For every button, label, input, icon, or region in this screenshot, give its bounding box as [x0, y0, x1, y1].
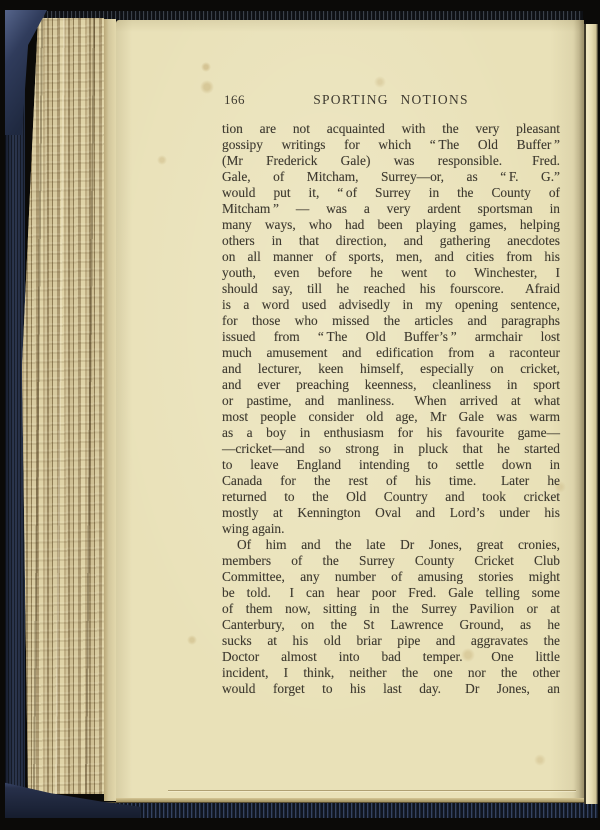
- page-number: 166: [224, 92, 245, 108]
- facing-page-sliver: [584, 24, 598, 804]
- text-line: Committee, any number of amusing stories…: [222, 569, 560, 585]
- book-scan: 166 SPORTING NOTIONS tion are not acquai…: [0, 0, 600, 830]
- deckle-page-edges: [22, 18, 104, 794]
- text-line: Canterbury, on the St Lawrence Ground, a…: [222, 617, 560, 633]
- under-page-edge-line: [168, 790, 576, 791]
- text-line: most people consider old age, Mr Gale wa…: [222, 409, 560, 425]
- text-line: many ways, who had been playing games, h…: [222, 217, 560, 233]
- text-line: on all manner of sports, men, and cities…: [222, 249, 560, 265]
- text-line: others in that direction, and gathering …: [222, 233, 560, 249]
- text-line: Of him and the late Dr Jones, great cron…: [222, 537, 560, 553]
- text-line: as a boy in enthusiasm for his favourite…: [222, 425, 560, 441]
- book-page: 166 SPORTING NOTIONS tion are not acquai…: [116, 20, 584, 802]
- text-line: Gale, of Mitcham, Surrey—or, as “ F. G.”: [222, 169, 560, 185]
- text-line: and ever preaching keenness, cleanliness…: [222, 377, 560, 393]
- text-line: should say, till he reached his fourscor…: [222, 281, 560, 297]
- text-line: —cricket—and so strong in pluck that he …: [222, 441, 560, 457]
- running-title: SPORTING NOTIONS: [313, 92, 469, 107]
- text-line: is a word used advisedly in my opening s…: [222, 297, 560, 313]
- text-line: to leave England intending to settle dow…: [222, 457, 560, 473]
- text-line: tion are not acquainted with the very pl…: [222, 121, 560, 137]
- text-line: Doctor almost into bad temper. One littl…: [222, 649, 560, 665]
- text-line: mostly at Kennington Oval and Lord’s und…: [222, 505, 560, 521]
- body-text: tion are not acquainted with the very pl…: [222, 121, 560, 697]
- text-line: sucks at his old briar pipe and aggravat…: [222, 633, 560, 649]
- text-line: and lecturer, keen himself, especially o…: [222, 361, 560, 377]
- text-line: of them now, sitting in the Surrey Pavil…: [222, 601, 560, 617]
- text-line: youth, even before he went to Winchester…: [222, 265, 560, 281]
- text-line: or pastime, and manliness. When arrived …: [222, 393, 560, 409]
- text-line: Mitcham ” — was a very ardent sportsman …: [222, 201, 560, 217]
- text-line: gossipy writings for which “ The Old Buf…: [222, 137, 560, 153]
- text-line: members of the Surrey County Cricket Clu…: [222, 553, 560, 569]
- gutter-shadow: [574, 20, 584, 802]
- page-fore-edge: [104, 19, 116, 801]
- text-line: Canada for the rest of his time. Later h…: [222, 473, 560, 489]
- text-line: would forget to his last day. Dr Jones, …: [222, 681, 560, 697]
- text-line: (Mr Frederick Gale) was responsible. Fre…: [222, 153, 560, 169]
- text-line: returned to the Old Country and took cri…: [222, 489, 560, 505]
- text-line: incident, I think, neither the one nor t…: [222, 665, 560, 681]
- text-line: for those who missed the articles and pa…: [222, 313, 560, 329]
- page-header: 166 SPORTING NOTIONS: [222, 92, 560, 108]
- text-line: much amusement and edification from a ra…: [222, 345, 560, 361]
- text-line: wing again.: [222, 521, 560, 537]
- text-line: be told. I can hear poor Fred. Gale tell…: [222, 585, 560, 601]
- text-line: issued from “ The Old Buffer’s ” armchai…: [222, 329, 560, 345]
- text-line: would put it, “ of Surrey in the County …: [222, 185, 560, 201]
